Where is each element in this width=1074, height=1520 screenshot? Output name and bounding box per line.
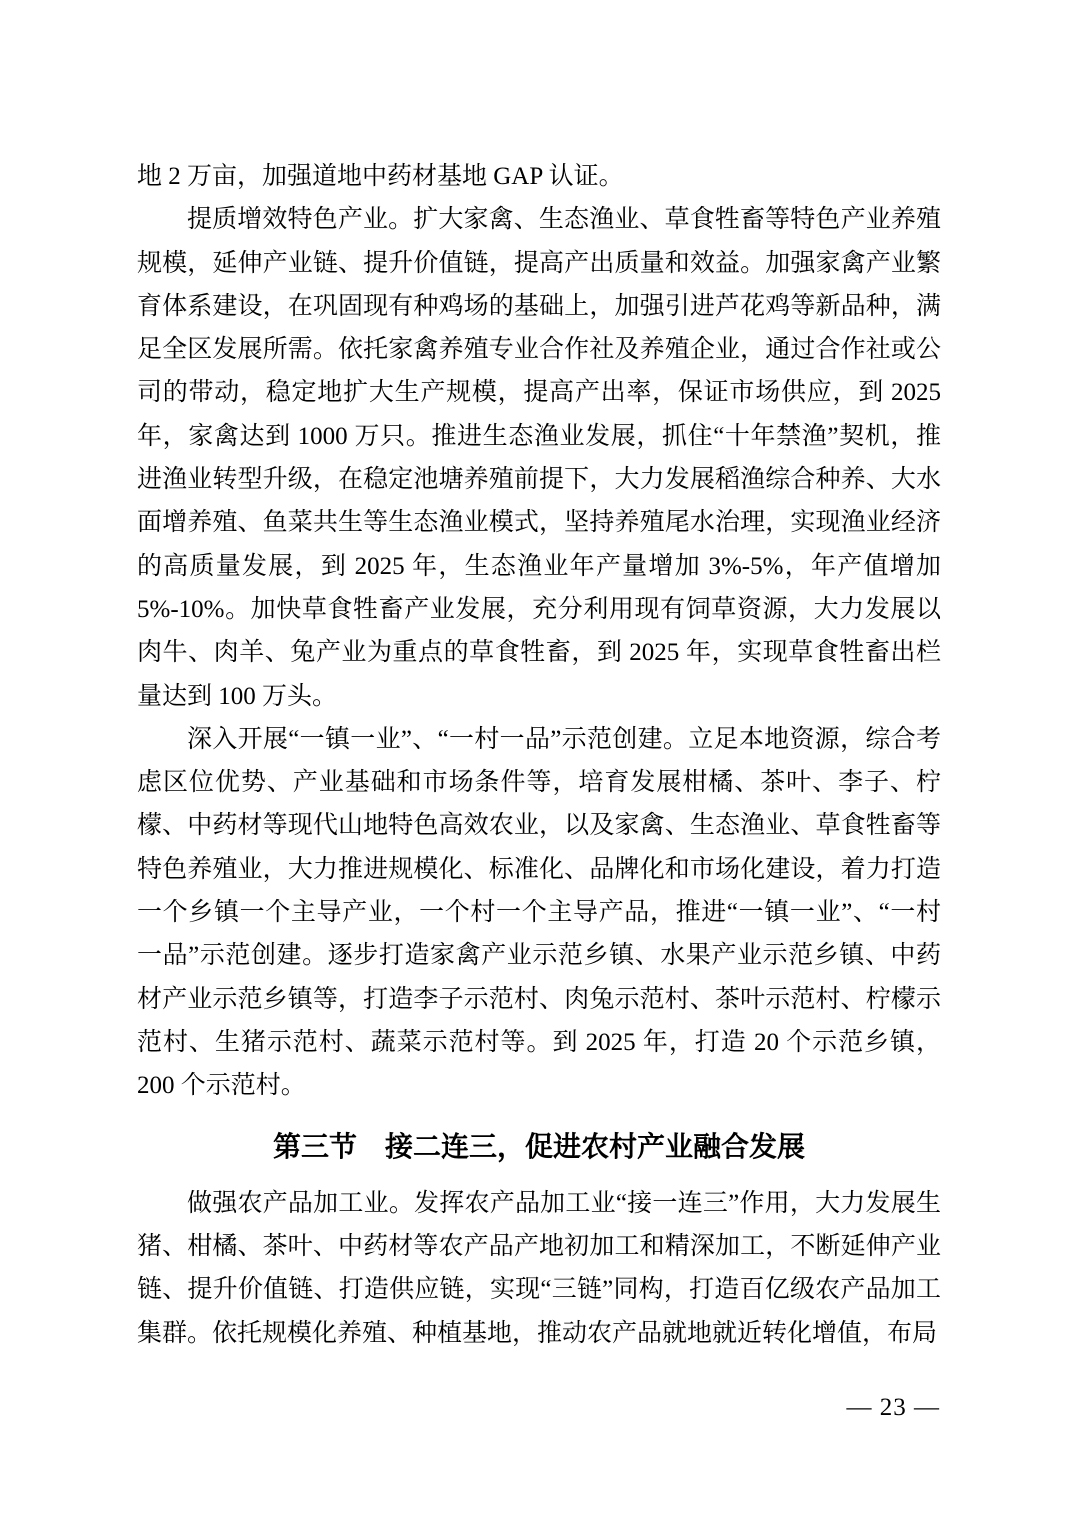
page-content: 地 2 万亩，加强道地中药材基地 GAP 认证。 提质增效特色产业。扩大家禽、生…: [137, 155, 941, 1355]
paragraph: 深入开展“一镇一业”、“一村一品”示范创建。立足本地资源，综合考虑区位优势、产业…: [137, 718, 941, 1108]
paragraph: 提质增效特色产业。扩大家禽、生态渔业、草食牲畜等特色产业养殖规模，延伸产业链、提…: [137, 198, 941, 718]
paragraph-continuation: 地 2 万亩，加强道地中药材基地 GAP 认证。: [137, 155, 941, 198]
section-heading: 第三节 接二连三，促进农村产业融合发展: [137, 1125, 941, 1168]
paragraph: 做强农产品加工业。发挥农产品加工业“接一连三”作用，大力发展生猪、柑橘、茶叶、中…: [137, 1182, 941, 1355]
document-page: 地 2 万亩，加强道地中药材基地 GAP 认证。 提质增效特色产业。扩大家禽、生…: [0, 0, 1074, 1520]
page-number: — 23 —: [847, 1395, 941, 1420]
